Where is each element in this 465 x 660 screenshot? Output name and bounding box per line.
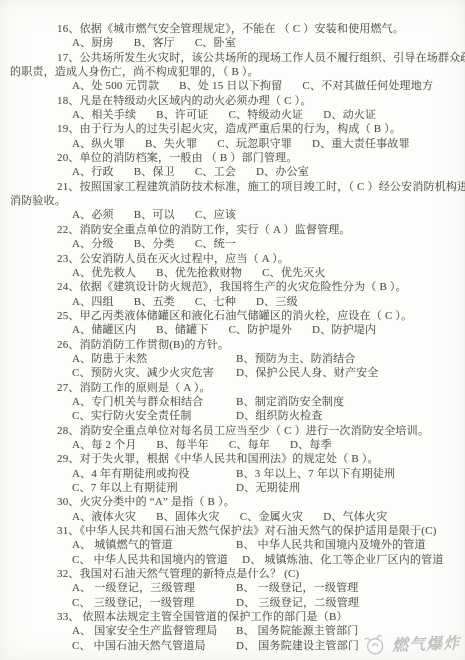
question-text: 25、甲乙丙类液体储罐区和液化石油气储罐区的消火栓，应设在（ C ）。 [10,309,457,323]
option-row: A、相关手续B、许可证C、特级动火证D、动火证 [10,108,457,122]
option: D、组织防火检查 [236,409,323,423]
option-row: A、 国家安全生产监督管理局B、 国务院能源主管部门 [10,624,457,638]
option: C、每年 [229,438,270,452]
option: A、优先救人 [72,266,136,280]
option: D、三级 [256,295,298,309]
option: D、重大责任事故罪 [312,137,410,151]
question-block-22: 22、消防安全重点单位的消防工作，实行（ A ）监督管理。A、分级B、分类C、统… [10,223,457,252]
option: D、办公室 [256,165,309,179]
question-block-32: 32、我国对石油天然气管理的新特点是什么？ (C)A、 一级登记，三级管理B、 … [10,567,457,610]
option: C、防护堤外 [229,323,293,337]
question-text: 26、消防消防工作贯彻(B)的方针。 [10,338,457,352]
option: C、应该 [195,208,236,222]
question-text-continued: 的职责，造成人身伤亡，尚不构成犯罪的，（ B ）。 [10,65,457,79]
option-row: A、分级B、分类C、统一 [10,237,457,251]
option: D、保护公民人身、财产安全 [236,366,379,380]
option: A、 一级登记，三级管理 [72,581,222,595]
option: C、不对其做任何处理地方 [302,79,433,93]
option-row: C、 中华人民共和国境内的管道D、 城镇炼油、化工等企业厂区内的管道 [10,553,457,567]
option: A、专门机关与群众相结合 [72,395,222,409]
option-row: A、纵火罪B、失火罪C、玩忽职守罪D、重大责任事故罪 [10,137,457,151]
question-text: 33、 依照本法规定主管全国管道的保护工作的部门是（B） [10,610,457,624]
option: C、卧室 [195,36,236,50]
option: D、 三级登记，二级管理 [236,596,359,610]
option: A、分级 [72,237,114,251]
question-text: 29、对于失火罪，根据《中华人民共和国刑法》的规定处（ B ）。 [10,452,457,466]
question-block-29: 29、对于失火罪，根据《中华人民共和国刑法》的规定处（ B ）。A、4 年有期徒… [10,452,457,495]
option: B、 国务院能源主管部门 [236,624,359,638]
option-row: A、厨房B、客厅C、卧室 [10,36,457,50]
option: C、预防火灾、减少火灾危害 [72,366,222,380]
question-text: 20、单位的消防档案，一般由 （ B ）部门管理。 [10,151,457,165]
question-block-16: 16、依据《城市燃气安全管理规定》，不能在 （ C ）安装和使用燃气。A、厨房B… [10,22,457,51]
option: B、每半年 [157,438,209,452]
question-block-33: 33、 依照本法规定主管全国管道的保护工作的部门是（B）A、 国家安全生产监督管… [10,610,457,653]
question-block-20: 20、单位的消防档案，一般由 （ B ）部门管理。A、行政B、保卫C、工会D、办… [10,151,457,180]
question-block-27: 27、消防工作的原则是（ A ）。A、专门机关与群众相结合B、制定消防安全制度C… [10,381,457,424]
option-row: A、行政B、保卫C、工会D、办公室 [10,165,457,179]
option: B、分类 [134,237,175,251]
option-row: A、每 2 个月B、每半年C、每年D、每季 [10,438,457,452]
option-row: A、必须B、可以C、应该 [10,208,457,222]
option: D、防护堤内 [312,323,376,337]
exam-page: 16、依据《城市燃气安全管理规定》，不能在 （ C ）安装和使用燃气。A、厨房B… [10,22,457,653]
option: B、处 15 日以下拘留 [179,79,282,93]
option: B、保卫 [134,165,175,179]
option: A、 城镇燃气的管道 [72,538,222,552]
option: D、每季 [290,438,332,452]
option: B、许可证 [156,108,208,122]
option: A、厨房 [72,36,114,50]
option-row: A、四组B、五类C、七种D、三级 [10,295,457,309]
question-text: 17、公共场所发生火灾时，该公共场所的现场工作人员不履行组织、引导在场群众疏散 [10,51,457,65]
option: B、制定消防安全制度 [236,395,344,409]
option: C、工会 [195,165,236,179]
option: A、必须 [72,208,114,222]
option: C、特级动火证 [229,108,304,122]
option-row: C、 中国石油天然气管道局D、 国务院建设主管部门 [10,639,457,653]
option-row: A、优先救人B、优先抢救财物C、优先灭火 [10,266,457,280]
option: A、四组 [72,295,114,309]
question-text: 31、《中华人民共和国石油天然气保护法》对石油天然气的保护适用是限于(C) [10,524,457,538]
question-block-31: 31、《中华人民共和国石油天然气保护法》对石油天然气的保护适用是限于(C)A、 … [10,524,457,567]
question-text: 22、消防安全重点单位的消防工作，实行（ A ）监督管理。 [10,223,457,237]
question-text: 24、依据《建筑设计防火规范》，我国将生产的火灾危险性分为（ B ）。 [10,280,457,294]
option: B、优先抢救财物 [156,266,242,280]
option: B、储罐下 [156,323,208,337]
option: A、 国家安全生产监督管理局 [72,624,222,638]
option-row: C、实行防火安全责任制D、组织防火检查 [10,409,457,423]
option-row: A、储罐区内B、储罐下C、防护堤外D、防护堤内 [10,323,457,337]
option: C、 三级登记，一级管理 [72,596,222,610]
question-block-21: 21、按照国家工程建筑消防技术标准，施工的项目竣工时，（ C ）经公安消防机构进… [10,180,457,223]
option: D、 国务院建设主管部门 [236,639,359,653]
question-block-24: 24、依据《建筑设计防火规范》，我国将生产的火灾危险性分为（ B ）。A、四组B… [10,280,457,309]
option: C、七种 [195,295,236,309]
option: C、统一 [195,237,236,251]
option-row: A、4 年有期徒刑或拘役B、3 年以上、7 年以下有期徒刑 [10,467,457,481]
option: A、4 年有期徒刑或拘役 [72,467,222,481]
option: B、可以 [134,208,175,222]
question-text: 19、由于行为人的过失引起火灾，造成严重后果的行为，构成（ B ）。 [10,122,457,136]
option: A、行政 [72,165,114,179]
option: B、3 年以上、7 年以下有期徒刑 [236,467,395,481]
question-text: 21、按照国家工程建筑消防技术标准，施工的项目竣工时，（ C ）经公安消防机构进… [10,180,457,194]
option: A、处 500 元罚款 [72,79,159,93]
option: C、7 年以上有期徒刑 [72,481,222,495]
option: D、气体火灾 [323,510,387,524]
question-text: 18、凡是在特级动火区域内的动火必须办理（ C ）。 [10,94,457,108]
option: B、失火罪 [145,137,197,151]
option-row: A、防患于未然B、预防为主、防消结合 [10,352,457,366]
question-block-26: 26、消防消防工作贯彻(B)的方针。A、防患于未然B、预防为主、防消结合C、预防… [10,338,457,381]
question-block-30: 30、火灾分类中的 “A” 是指（ B ）。A、液体火灾B、固体火灾C、金属火灾… [10,495,457,524]
option: B、 中华人民共和国境内及境外的管道 [236,538,426,552]
option: A、储罐区内 [72,323,136,337]
question-block-28: 28、消防安全重点单位对每名员工应当至少（ C ）进行一次消防安全培训。A、每 … [10,424,457,453]
question-text: 16、依据《城市燃气安全管理规定》，不能在 （ C ）安装和使用燃气。 [10,22,457,36]
option: B、五类 [134,295,175,309]
option: D、无期徒刑 [236,481,300,495]
question-text: 27、消防工作的原则是（ A ）。 [10,381,457,395]
option-row: C、 三级登记，一级管理D、 三级登记，二级管理 [10,596,457,610]
option: A、防患于未然 [72,352,222,366]
option-row: A、 城镇燃气的管道B、 中华人民共和国境内及境外的管道 [10,538,457,552]
question-block-19: 19、由于行为人的过失引起火灾，造成严重后果的行为，构成（ B ）。A、纵火罪B… [10,122,457,151]
question-block-25: 25、甲乙丙类液体储罐区和液化石油气储罐区的消火栓，应设在（ C ）。A、储罐区… [10,309,457,338]
option-row: C、预防火灾、减少火灾危害D、保护公民人身、财产安全 [10,366,457,380]
option: C、实行防火安全责任制 [72,409,222,423]
question-text: 30、火灾分类中的 “A” 是指（ B ）。 [10,495,457,509]
question-block-18: 18、凡是在特级动火区域内的动火必须办理（ C ）。A、相关手续B、许可证C、特… [10,94,457,123]
option: C、玩忽职守罪 [217,137,292,151]
option: A、液体火灾 [72,510,136,524]
question-text-continued: 消防验收。 [10,194,457,208]
option-row: A、 一级登记，三级管理B、 一级登记，一级管理 [10,581,457,595]
option: B、 一级登记，一级管理 [236,581,359,595]
option-row: A、专门机关与群众相结合B、制定消防安全制度 [10,395,457,409]
option: C、金属火灾 [240,510,304,524]
option: A、每 2 个月 [72,438,137,452]
option: D、动火证 [323,108,376,122]
option: D、 城镇炼油、化工等企业厂区内的管道 [242,553,444,567]
option: B、客厅 [134,36,175,50]
option-row: A、液体火灾B、固体火灾C、金属火灾D、气体火灾 [10,510,457,524]
option: C、 中国石油天然气管道局 [72,639,222,653]
option-row: C、7 年以上有期徒刑D、无期徒刑 [10,481,457,495]
option: B、预防为主、防消结合 [236,352,356,366]
question-block-23: 23、公安消防人员在灭火过程中，应当（ A ）。A、优先救人B、优先抢救财物C、… [10,252,457,281]
option: C、优先灭火 [262,266,326,280]
option-row: A、处 500 元罚款B、处 15 日以下拘留C、不对其做任何处理地方 [10,79,457,93]
option: B、固体火灾 [156,510,220,524]
option: A、相关手续 [72,108,136,122]
option: C、 中华人民共和国境内的管道 [72,553,228,567]
question-text: 28、消防安全重点单位对每名员工应当至少（ C ）进行一次消防安全培训。 [10,424,457,438]
question-text: 32、我国对石油天然气管理的新特点是什么？ (C) [10,567,457,581]
question-text: 23、公安消防人员在灭火过程中，应当（ A ）。 [10,252,457,266]
question-block-17: 17、公共场所发生火灾时，该公共场所的现场工作人员不履行组织、引导在场群众疏散的… [10,51,457,94]
option: A、纵火罪 [72,137,125,151]
